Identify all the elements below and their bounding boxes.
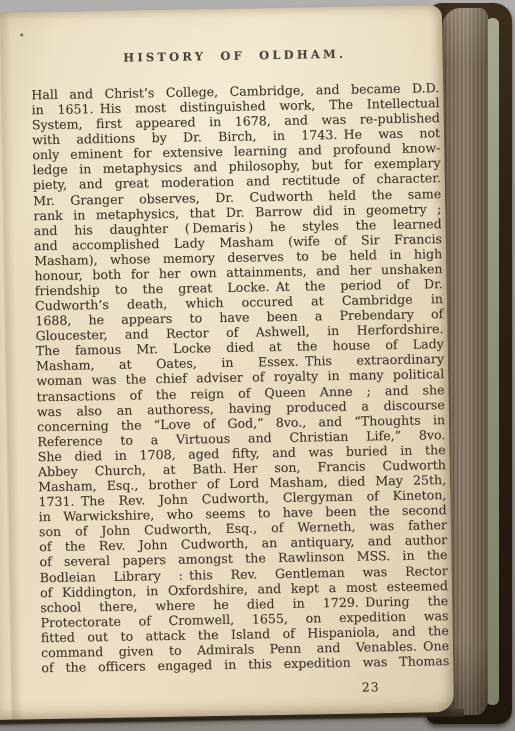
- book-photo: { "page": { "header": "HISTORY OF OLDHAM…: [0, 0, 515, 731]
- page-number: 23: [362, 679, 380, 694]
- book-page: HISTORY OF OLDHAM. Hall and Christ’s Col…: [0, 5, 454, 720]
- body-text: Hall and Christ’s College, Cambridge, an…: [31, 80, 449, 675]
- ink-speck: [20, 33, 23, 36]
- text-column: HISTORY OF OLDHAM. Hall and Christ’s Col…: [31, 45, 450, 675]
- running-header: HISTORY OF OLDHAM.: [31, 45, 439, 66]
